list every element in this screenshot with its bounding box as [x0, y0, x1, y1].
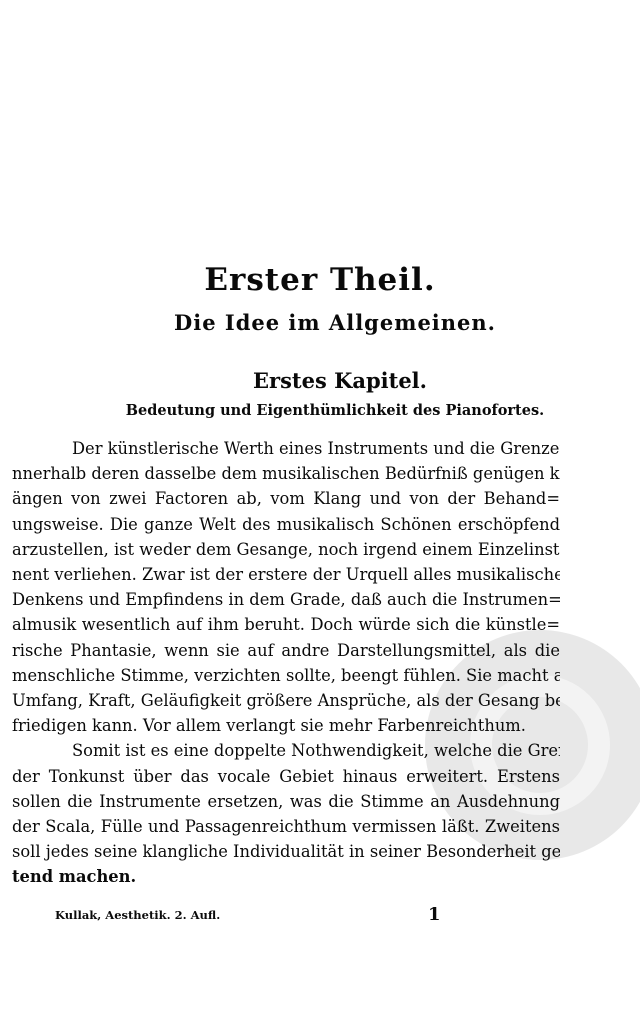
part-title: Erster Theil.	[0, 262, 640, 298]
text-line: tend machen.	[12, 864, 560, 889]
text-line: nnerhalb deren dasselbe dem musikalische…	[12, 461, 560, 486]
text-line: der Tonkunst über das vocale Gebiet hina…	[12, 764, 560, 789]
text-line: friedigen kann. Vor allem verlangt sie m…	[12, 713, 560, 738]
text-line: Somit ist es eine doppelte Nothwendigkei…	[12, 738, 560, 763]
text-line: arzustellen, ist weder dem Gesange, noch…	[12, 537, 560, 562]
text-line: Umfang, Kraft, Geläufigkeit größere Ansp…	[12, 688, 560, 713]
page-number: 1	[428, 904, 441, 925]
chapter-title: Erstes Kapitel.	[0, 368, 640, 393]
text-line: der Scala, Fülle und Passagenreichthum v…	[12, 814, 560, 839]
text-line: Denkens und Empfindens in dem Grade, daß…	[12, 587, 560, 612]
body-text: Der künstlerische Werth eines Instrument…	[12, 436, 560, 890]
text-line: menschliche Stimme, verzichten sollte, b…	[12, 663, 560, 688]
text-line: ängen von zwei Factoren ab, vom Klang un…	[12, 486, 560, 511]
footer-signature: Kullak, Aesthetik. 2. Aufl.	[55, 908, 220, 922]
text-line: ungsweise. Die ganze Welt des musikalisc…	[12, 512, 560, 537]
text-line: sollen die Instrumente ersetzen, was die…	[12, 789, 560, 814]
text-line: rische Phantasie, wenn sie auf andre Dar…	[12, 638, 560, 663]
book-page: Erster Theil. Die Idee im Allgemeinen. E…	[0, 0, 640, 1021]
text-line: almusik wesentlich auf ihm beruht. Doch …	[12, 612, 560, 637]
text-line: soll jedes seine klangliche Individualit…	[12, 839, 560, 864]
text-line: Der künstlerische Werth eines Instrument…	[12, 436, 560, 461]
text-line: nent verliehen. Zwar ist der erstere der…	[12, 562, 560, 587]
chapter-subtitle: Bedeutung und Eigenthümlichkeit des Pian…	[0, 402, 640, 419]
part-subtitle: Die Idee im Allgemeinen.	[0, 310, 640, 335]
